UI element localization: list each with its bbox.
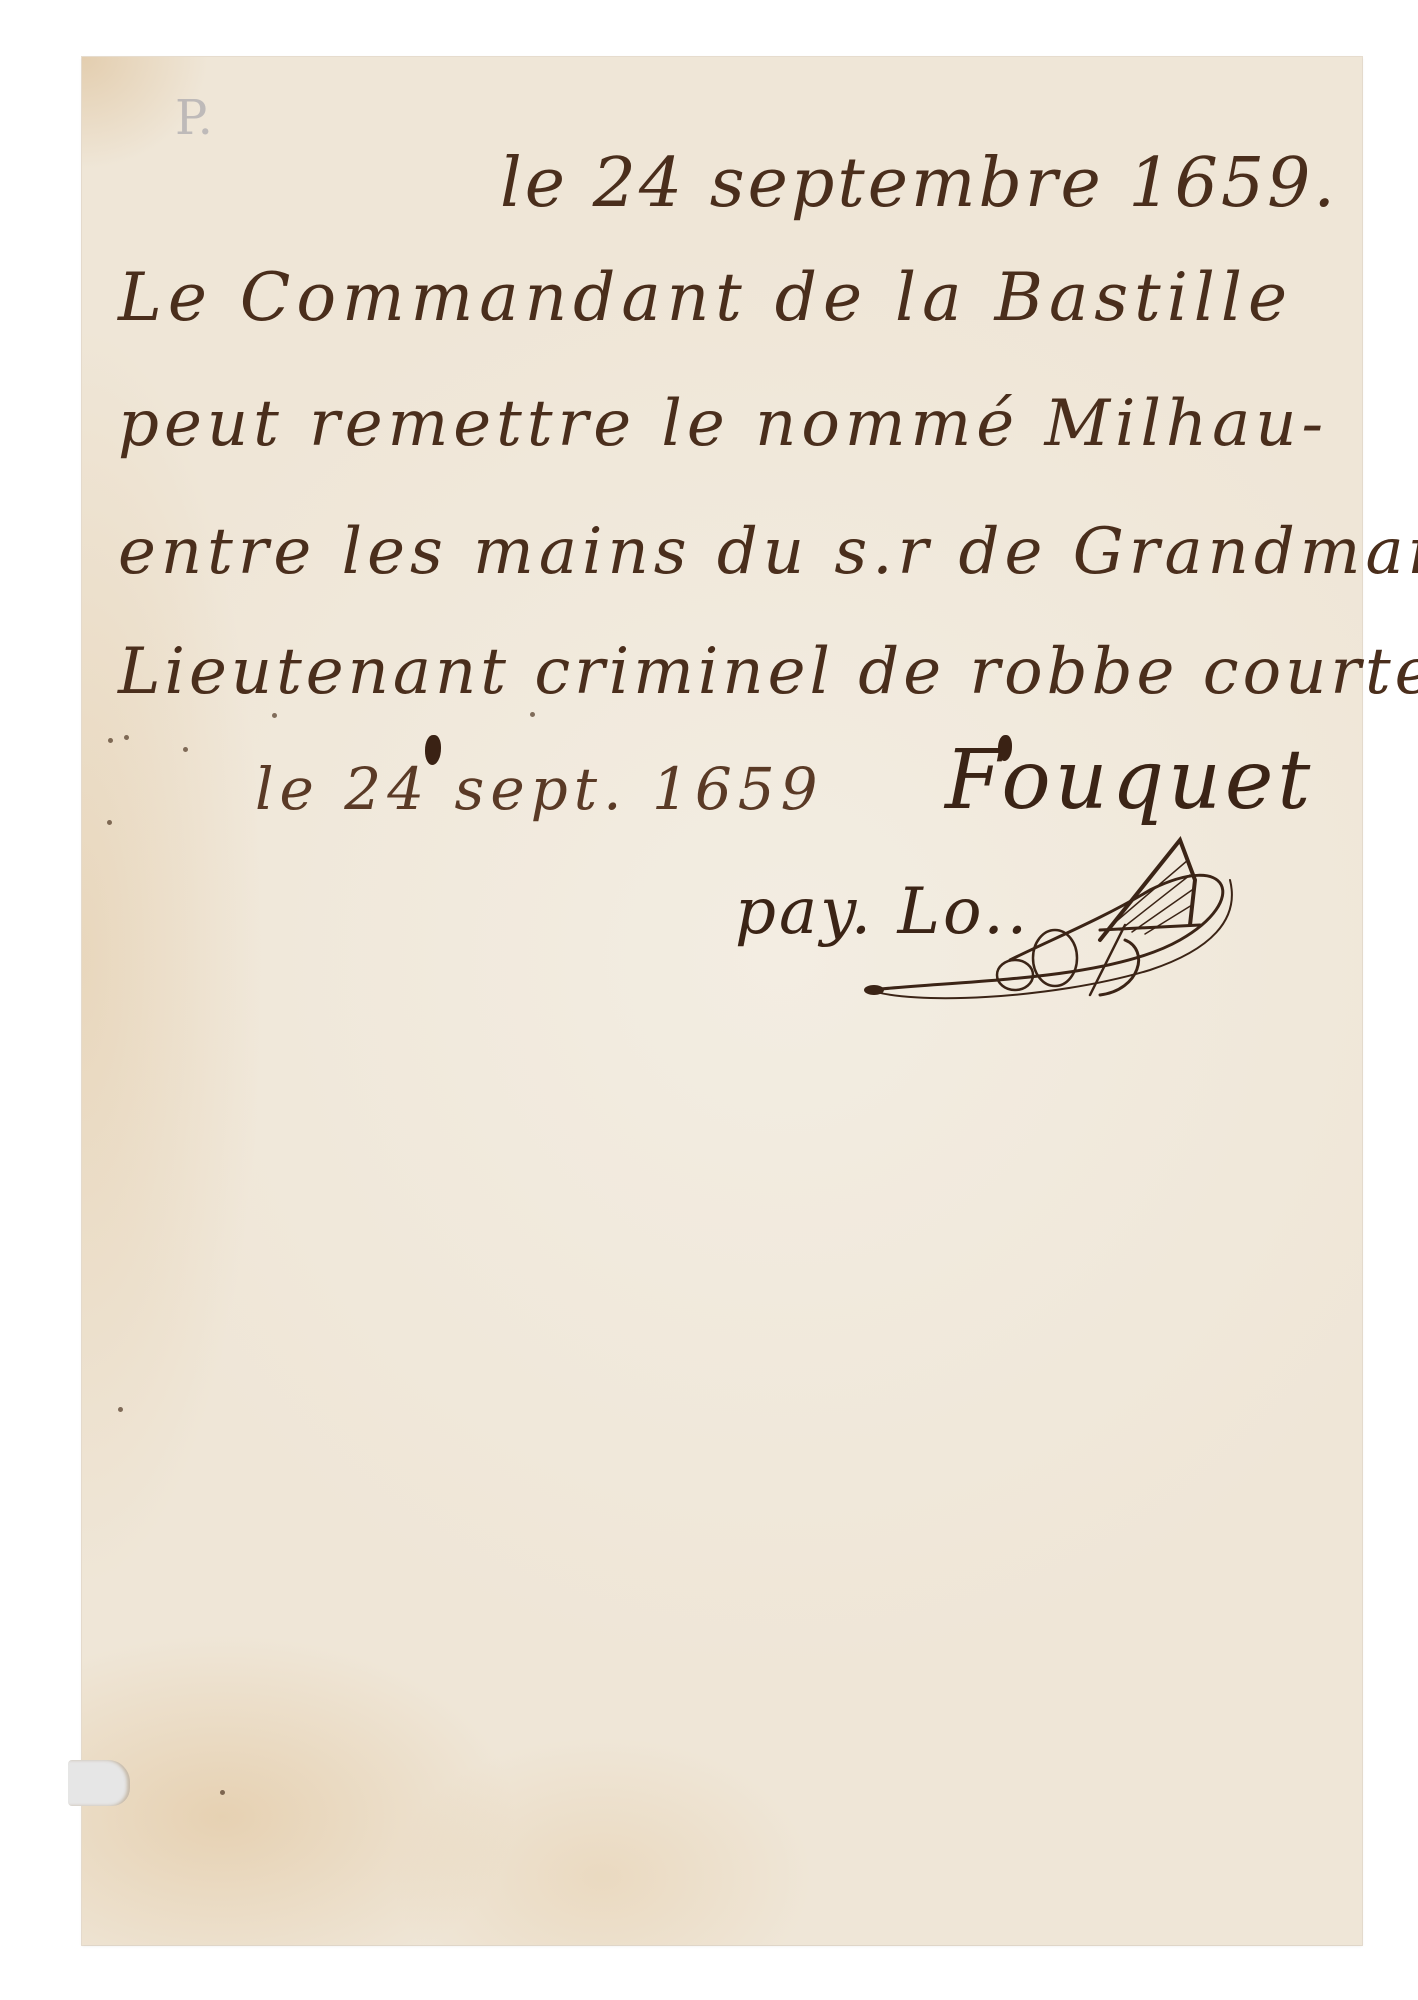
ink-speck bbox=[118, 1407, 123, 1412]
ink-speck bbox=[108, 738, 113, 743]
body-line-1: Le Commandant de la Bastille bbox=[118, 265, 1293, 331]
ink-speck bbox=[272, 713, 277, 718]
paraph-flourish-icon bbox=[850, 830, 1270, 1030]
footer-date: le 24 sept. 1659 bbox=[255, 760, 824, 818]
header-date: le 24 septembre 1659. bbox=[500, 150, 1338, 218]
ink-speck bbox=[530, 712, 535, 717]
ink-speck bbox=[107, 820, 112, 825]
body-line-2: peut remettre le nommé Milhau- bbox=[118, 392, 1328, 456]
body-line-3: entre les mains du s.r de Grandmaison bbox=[118, 520, 1418, 584]
ink-speck bbox=[183, 747, 188, 752]
body-line-4: Lieutenant criminel de robbe courte. bbox=[118, 640, 1418, 704]
ink-speck bbox=[220, 1790, 225, 1795]
paper-tear bbox=[68, 1760, 130, 1806]
pencil-annotation: P. bbox=[175, 90, 213, 146]
ink-speck bbox=[124, 735, 129, 740]
